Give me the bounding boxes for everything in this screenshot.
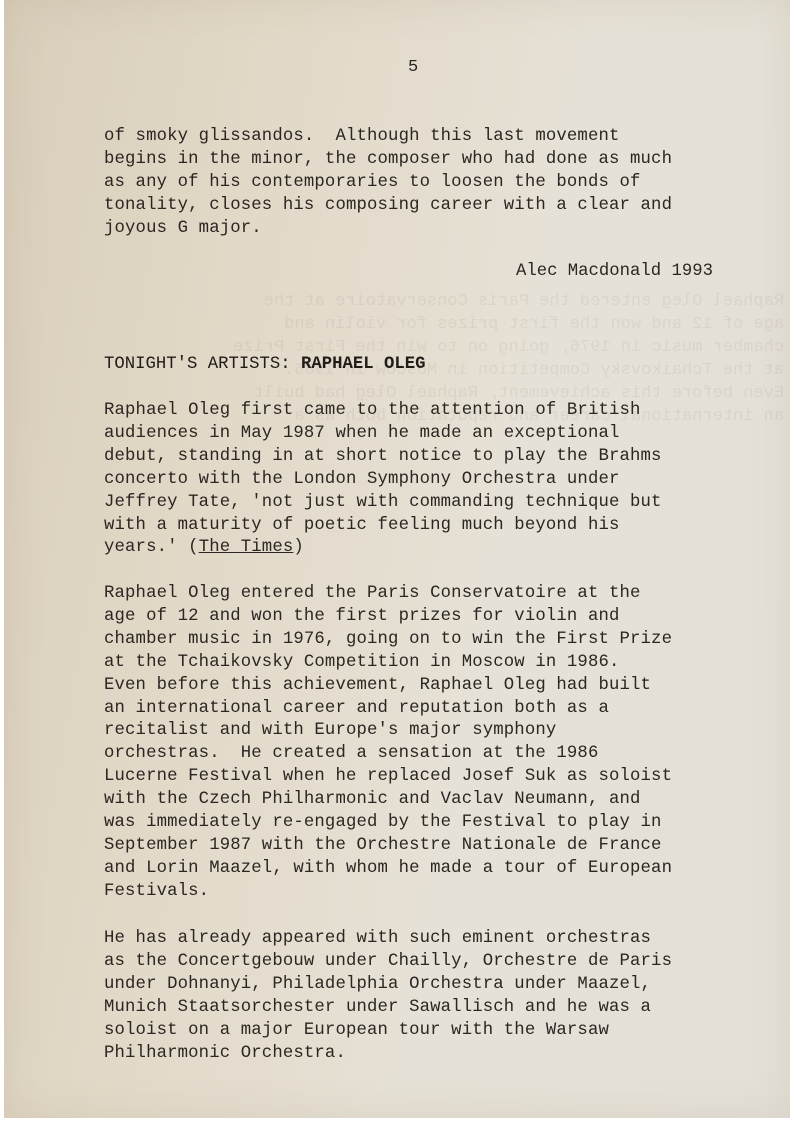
- intro-paragraph: of smoky glissandos. Although this last …: [104, 126, 672, 241]
- biography-paragraph-1: Raphael Oleg first came to the attention…: [104, 400, 662, 560]
- author-signature: Alec Macdonald 1993: [516, 262, 713, 281]
- paragraph-1-last-line: years.' (The Times): [104, 538, 304, 557]
- page-number: 5: [408, 58, 418, 77]
- section-heading: TONIGHT'S ARTISTS: RAPHAEL OLEG: [104, 355, 426, 374]
- heading-prefix: TONIGHT'S ARTISTS:: [104, 355, 301, 374]
- biography-paragraph-3: He has already appeared with such eminen…: [104, 928, 672, 1065]
- artist-name: RAPHAEL OLEG: [301, 355, 425, 374]
- scanned-page: Raphael Oleg entered the Paris Conservat…: [4, 0, 790, 1118]
- citation-the-times: The Times: [199, 538, 294, 557]
- paragraph-1-body: Raphael Oleg first came to the attention…: [104, 401, 662, 535]
- biography-paragraph-2: Raphael Oleg entered the Paris Conservat…: [104, 583, 672, 904]
